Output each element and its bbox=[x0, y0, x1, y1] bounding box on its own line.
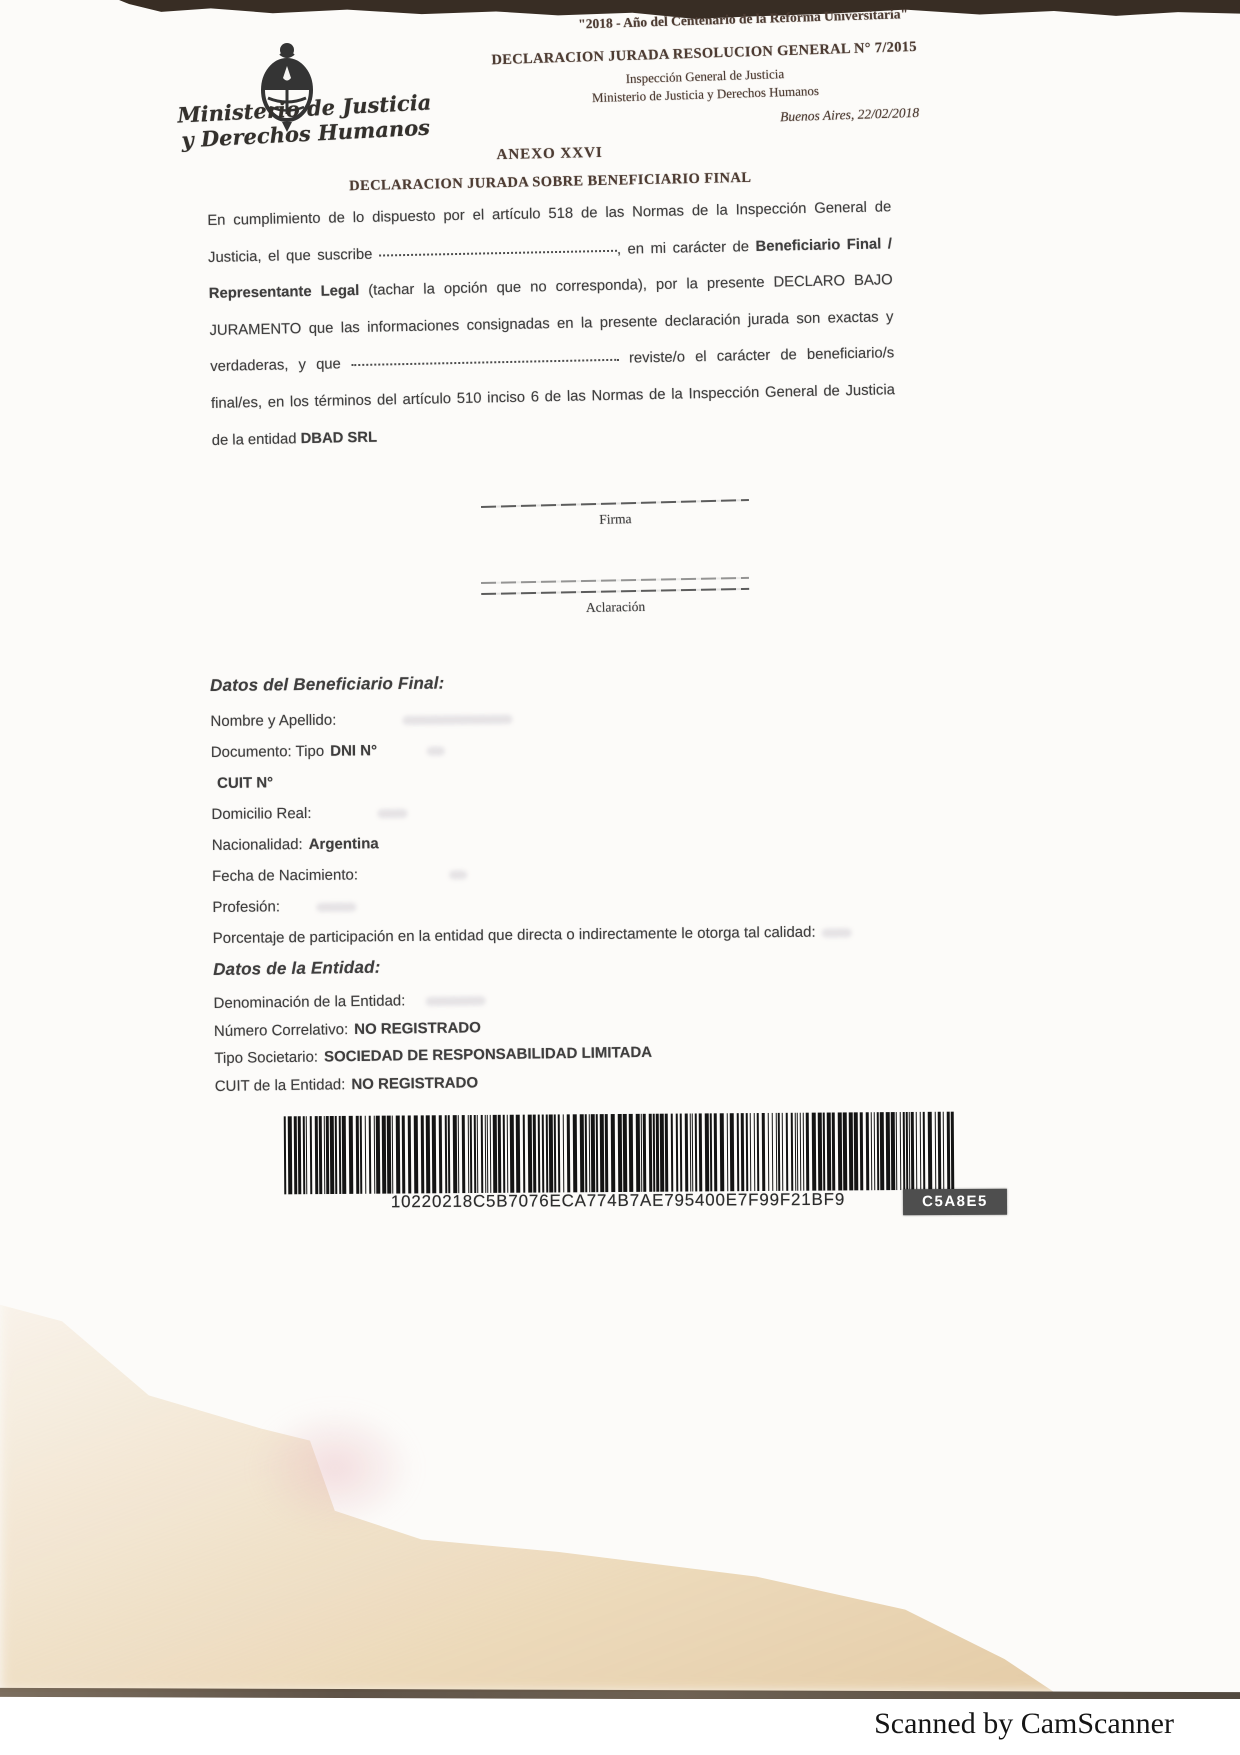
place-and-date: Buenos Aires, 22/02/2018 bbox=[471, 104, 941, 135]
field-label: Porcentaje de participación en la entida… bbox=[213, 924, 816, 947]
barcode-code-box: C5A8E5 bbox=[903, 1189, 1007, 1216]
field-value: NO REGISTRADO bbox=[351, 1074, 478, 1093]
barcode-number: 10220218C5B7076ECA774B7AE795400E7F99F21B… bbox=[338, 1190, 898, 1213]
barcode bbox=[284, 1112, 955, 1195]
field-label: Denominación de la Entidad: bbox=[213, 992, 405, 1012]
para-text: de la entidad bbox=[212, 431, 297, 449]
signature-line bbox=[481, 499, 749, 508]
scanned-page: Ministerio de Justicia y Derechos Humano… bbox=[0, 0, 1240, 1755]
field-value: Argentina bbox=[309, 835, 379, 853]
field-label: Domicilio Real: bbox=[211, 805, 311, 823]
clarification-label: Aclaración bbox=[481, 597, 749, 618]
para-text: , en mi carácter de bbox=[617, 239, 749, 258]
document-scan-area: Ministerio de Justicia y Derechos Humano… bbox=[0, 0, 1240, 1692]
representante-legal-option: Representante Legal bbox=[209, 283, 360, 302]
beneficiary-data-section: Datos del Beneficiario Final: Nombre y A… bbox=[210, 667, 1073, 954]
para-text: verdaderas, y que bbox=[210, 357, 341, 376]
field-value: SOCIEDAD DE RESPONSABILIDAD LIMITADA bbox=[324, 1044, 652, 1066]
field-value: DNI N° bbox=[330, 742, 377, 759]
redacted-value bbox=[316, 902, 356, 911]
para-text: reviste/o el carácter de beneficiario/s bbox=[629, 346, 894, 367]
scan-background-patch bbox=[0, 1280, 1240, 1692]
field-label: Profesión: bbox=[212, 898, 280, 916]
redacted-value bbox=[449, 870, 467, 879]
clarification-line bbox=[481, 588, 749, 595]
barcode-bars bbox=[284, 1112, 955, 1195]
redacted-value bbox=[402, 714, 512, 724]
dotted-blank-name bbox=[379, 239, 617, 256]
field-label: Número Correlativo: bbox=[214, 1021, 348, 1040]
entity-heading: Datos de la Entidad: bbox=[213, 948, 1073, 980]
beneficiary-heading: Datos del Beneficiario Final: bbox=[210, 667, 1070, 696]
redacted-value bbox=[822, 928, 852, 937]
dotted-blank-beneficiary bbox=[351, 349, 619, 367]
signature-label: Firma bbox=[481, 508, 749, 531]
field-value: CUIT N° bbox=[217, 774, 273, 792]
document-header: "2018 - Año del Centenario de la Reforma… bbox=[468, 5, 941, 135]
annex-number: ANEXO XXVI bbox=[300, 141, 800, 168]
camscanner-watermark: Scanned by CamScanner bbox=[874, 1707, 1174, 1741]
redacted-value bbox=[425, 996, 485, 1006]
annex-title-block: ANEXO XXVI DECLARACION JURADA SOBRE BENE… bbox=[300, 141, 801, 196]
entity-data-section: Datos de la Entidad: Denominación de la … bbox=[213, 948, 1075, 1100]
declaration-paragraph: En cumplimiento de lo dispuesto por el a… bbox=[207, 189, 896, 459]
clarification-block: Aclaración bbox=[481, 577, 750, 618]
redacted-value bbox=[427, 746, 445, 755]
scan-pink-smudge bbox=[255, 1408, 415, 1528]
redacted-value bbox=[377, 808, 407, 817]
signature-block: Firma bbox=[481, 499, 750, 531]
camscanner-footer: Scanned by CamScanner bbox=[0, 1699, 1240, 1755]
field-label: Nombre y Apellido: bbox=[210, 712, 336, 730]
field-label: Tipo Societario: bbox=[214, 1049, 318, 1067]
field-label: Fecha de Nacimiento: bbox=[212, 866, 358, 885]
field-label: CUIT de la Entidad: bbox=[215, 1076, 346, 1095]
para-text: Justicia, el que suscribe bbox=[208, 246, 373, 265]
field-label: Documento: Tipo bbox=[211, 743, 325, 761]
para-text: (tachar la opción que no corresponda), p… bbox=[368, 272, 893, 299]
field-value: NO REGISTRADO bbox=[354, 1019, 481, 1038]
entity-name: DBAD SRL bbox=[300, 429, 377, 447]
field-label: Nacionalidad: bbox=[212, 836, 303, 854]
ministry-script-logo: Ministerio de Justicia y Derechos Humano… bbox=[159, 88, 451, 153]
clarification-line-top bbox=[481, 577, 749, 584]
beneficiario-final-option: Beneficiario Final / bbox=[755, 236, 892, 255]
